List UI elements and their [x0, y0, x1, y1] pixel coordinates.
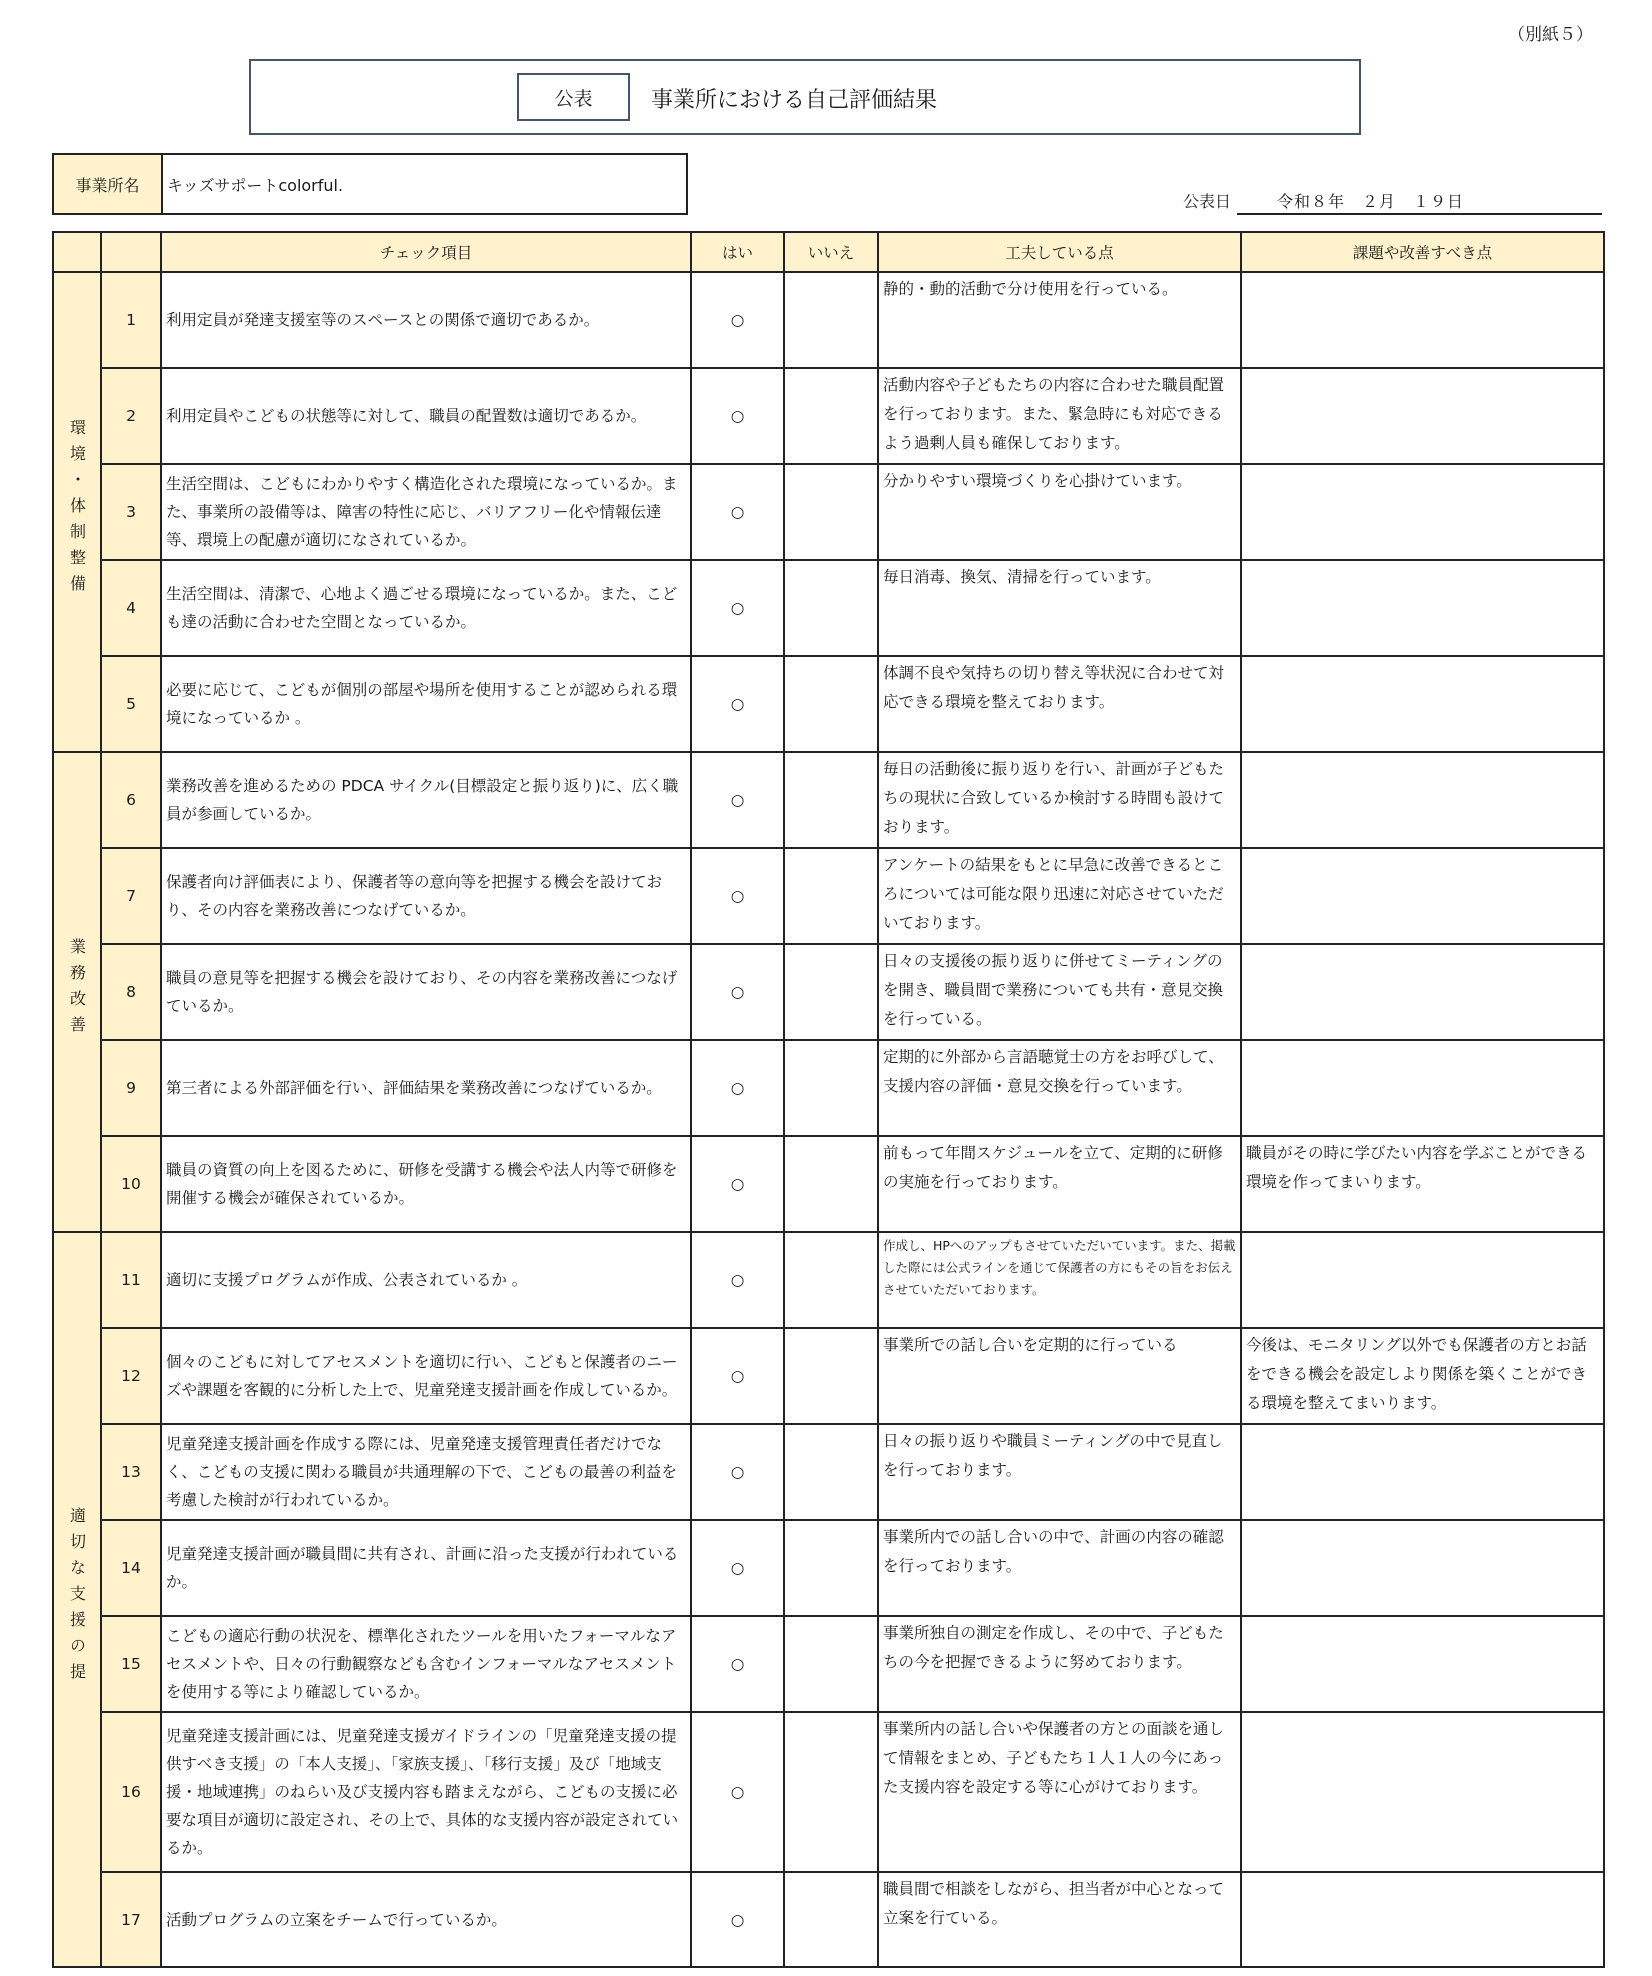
issues-text — [1241, 944, 1604, 1040]
issues-text — [1241, 464, 1604, 560]
yes-mark: ○ — [691, 1616, 784, 1712]
publish-badge: 公表 — [517, 73, 630, 121]
efforts-text: 日々の支援後の振り返りに併せてミーティングのを開き、職員間で業務についても共有・… — [878, 944, 1241, 1040]
efforts-text: 職員間で相談をしながら、担当者が中心となって立案を行ている。 — [878, 1872, 1241, 1967]
no-mark — [784, 1136, 878, 1232]
header-yes: はい — [691, 232, 784, 272]
efforts-text: アンケートの結果をもとに早急に改善できるところについては可能な限り迅速に対応させ… — [878, 848, 1241, 944]
check-item-text: 生活空間は、こどもにわかりやすく構造化された環境になっているか。また、事業所の設… — [161, 464, 691, 560]
row-number: 2 — [101, 368, 161, 464]
publish-date-value: 令和８年 ２月 １９日 — [1277, 189, 1464, 212]
issues-text — [1241, 1040, 1604, 1136]
no-mark — [784, 1424, 878, 1520]
table-row: 14児童発達支援計画が職員間に共有され、計画に沿った支援が行われているか。○事業… — [53, 1520, 1604, 1616]
efforts-text: 事業所内の話し合いや保護者の方との面談を通して情報をまとめ、子どもたち１人１人の… — [878, 1712, 1241, 1872]
efforts-text: 毎日消毒、換気、清掃を行っています。 — [878, 560, 1241, 656]
yes-mark: ○ — [691, 656, 784, 752]
table-row: 9第三者による外部評価を行い、評価結果を業務改善につなげているか。○定期的に外部… — [53, 1040, 1604, 1136]
row-number: 8 — [101, 944, 161, 1040]
issues-text — [1241, 1872, 1604, 1967]
no-mark — [784, 848, 878, 944]
check-item-text: 個々のこどもに対してアセスメントを適切に行い、こどもと保護者のニーズや課題を客観… — [161, 1328, 691, 1424]
check-item-text: 活動プログラムの立案をチームで行っているか。 — [161, 1872, 691, 1967]
table-row: 16児童発達支援計画には、児童発達支援ガイドラインの「児童発達支援の提供すべき支… — [53, 1712, 1604, 1872]
yes-mark: ○ — [691, 560, 784, 656]
issues-text — [1241, 1712, 1604, 1872]
row-number: 10 — [101, 1136, 161, 1232]
category-label: 環境・体制整備 — [66, 419, 89, 601]
no-mark — [784, 1232, 878, 1328]
no-mark — [784, 464, 878, 560]
efforts-text: 毎日の活動後に振り返りを行い、計画が子どもたちの現状に合致しているか検討する時間… — [878, 752, 1241, 848]
yes-mark: ○ — [691, 1136, 784, 1232]
no-mark — [784, 368, 878, 464]
issues-text: 今後は、モニタリング以外でも保護者の方とお話をできる機会を設定しより関係を築くこ… — [1241, 1328, 1604, 1424]
row-number: 3 — [101, 464, 161, 560]
category-cell: 適切な支援の提 — [53, 1232, 101, 1967]
check-item-text: 利用定員やこどもの状態等に対して、職員の配置数は適切であるか。 — [161, 368, 691, 464]
issues-text — [1241, 1616, 1604, 1712]
issues-text — [1241, 1520, 1604, 1616]
no-mark — [784, 656, 878, 752]
table-header-row: チェック項目 はい いいえ 工夫している点 課題や改善すべき点 — [53, 232, 1604, 272]
table-row: 2利用定員やこどもの状態等に対して、職員の配置数は適切であるか。○活動内容や子ど… — [53, 368, 1604, 464]
office-name-value: キッズサポートcolorful. — [163, 155, 343, 213]
row-number: 1 — [101, 272, 161, 368]
yes-mark: ○ — [691, 1712, 784, 1872]
check-item-text: 業務改善を進めるための PDCA サイクル(目標設定と振り返り)に、広く職員が参… — [161, 752, 691, 848]
table-row: 7保護者向け評価表により、保護者等の意向等を把握する機会を設けており、その内容を… — [53, 848, 1604, 944]
efforts-text: 定期的に外部から言語聴覚士の方をお呼びして、支援内容の評価・意見交換を行っていま… — [878, 1040, 1241, 1136]
header-efforts: 工夫している点 — [878, 232, 1241, 272]
header-check-item: チェック項目 — [161, 232, 691, 272]
check-item-text: 児童発達支援計画が職員間に共有され、計画に沿った支援が行われているか。 — [161, 1520, 691, 1616]
efforts-text: 前もって年間スケジュールを立て、定期的に研修の実施を行っております。 — [878, 1136, 1241, 1232]
publish-date-label: 公表日 — [1183, 189, 1231, 212]
table-row: 5必要に応じて、こどもが個別の部屋や場所を使用することが認められる環境になってい… — [53, 656, 1604, 752]
issues-text — [1241, 368, 1604, 464]
yes-mark: ○ — [691, 368, 784, 464]
yes-mark: ○ — [691, 1520, 784, 1616]
yes-mark: ○ — [691, 1872, 784, 1967]
yes-mark: ○ — [691, 944, 784, 1040]
page-title: 事業所における自己評価結果 — [651, 83, 937, 114]
issues-text — [1241, 560, 1604, 656]
row-number: 9 — [101, 1040, 161, 1136]
row-number: 6 — [101, 752, 161, 848]
evaluation-table: チェック項目 はい いいえ 工夫している点 課題や改善すべき点 環境・体制整備1… — [52, 231, 1605, 1968]
check-item-text: 職員の資質の向上を図るために、研修を受講する機会や法人内等で研修を開催する機会が… — [161, 1136, 691, 1232]
check-item-text: 児童発達支援計画には、児童発達支援ガイドラインの「児童発達支援の提供すべき支援」… — [161, 1712, 691, 1872]
issues-text: 職員がその時に学びたい内容を学ぶことができる環境を作ってまいります。 — [1241, 1136, 1604, 1232]
table-row: 4生活空間は、清潔で、心地よく過ごせる環境になっているか。また、こども達の活動に… — [53, 560, 1604, 656]
efforts-text: 事業所内での話し合いの中で、計画の内容の確認を行っております。 — [878, 1520, 1241, 1616]
efforts-text: 事業所独自の測定を作成し、その中で、子どもたちの今を把握できるように努めておりま… — [878, 1616, 1241, 1712]
table-row: 環境・体制整備1利用定員が発達支援室等のスペースとの関係で適切であるか。○静的・… — [53, 272, 1604, 368]
table-row: 業務改善6業務改善を進めるための PDCA サイクル(目標設定と振り返り)に、広… — [53, 752, 1604, 848]
check-item-text: 必要に応じて、こどもが個別の部屋や場所を使用することが認められる環境になっている… — [161, 656, 691, 752]
office-name-label: 事業所名 — [54, 155, 163, 213]
check-item-text: 保護者向け評価表により、保護者等の意向等を把握する機会を設けており、その内容を業… — [161, 848, 691, 944]
efforts-text: 体調不良や気持ちの切り替え等状況に合わせて対応できる環境を整えております。 — [878, 656, 1241, 752]
no-mark — [784, 1872, 878, 1967]
annex-label: （別紙５） — [1508, 20, 1593, 45]
no-mark — [784, 1616, 878, 1712]
no-mark — [784, 560, 878, 656]
row-number: 5 — [101, 656, 161, 752]
row-number: 16 — [101, 1712, 161, 1872]
check-item-text: こどもの適応行動の状況を、標準化されたツールを用いたフォーマルなアセスメントや、… — [161, 1616, 691, 1712]
row-number: 12 — [101, 1328, 161, 1424]
no-mark — [784, 752, 878, 848]
efforts-text: 作成し、HPへのアップもさせていただいています。また、掲載した際には公式ラインを… — [878, 1232, 1241, 1328]
no-mark — [784, 944, 878, 1040]
header-no: いいえ — [784, 232, 878, 272]
category-label: 適切な支援の提 — [66, 1507, 89, 1689]
table-row: 8職員の意見等を把握する機会を設けており、その内容を業務改善につなげているか。○… — [53, 944, 1604, 1040]
table-row: 適切な支援の提11適切に支援プログラムが作成、公表されているか 。○作成し、HP… — [53, 1232, 1604, 1328]
issues-text — [1241, 1424, 1604, 1520]
issues-text — [1241, 1232, 1604, 1328]
table-row: 12個々のこどもに対してアセスメントを適切に行い、こどもと保護者のニーズや課題を… — [53, 1328, 1604, 1424]
no-mark — [784, 1328, 878, 1424]
header-category — [53, 232, 101, 272]
yes-mark: ○ — [691, 464, 784, 560]
efforts-text: 日々の振り返りや職員ミーティングの中で見直しを行っております。 — [878, 1424, 1241, 1520]
check-item-text: 職員の意見等を把握する機会を設けており、その内容を業務改善につなげているか。 — [161, 944, 691, 1040]
check-item-text: 利用定員が発達支援室等のスペースとの関係で適切であるか。 — [161, 272, 691, 368]
yes-mark: ○ — [691, 752, 784, 848]
row-number: 11 — [101, 1232, 161, 1328]
check-item-text: 生活空間は、清潔で、心地よく過ごせる環境になっているか。また、こども達の活動に合… — [161, 560, 691, 656]
no-mark — [784, 1040, 878, 1136]
check-item-text: 第三者による外部評価を行い、評価結果を業務改善につなげているか。 — [161, 1040, 691, 1136]
issues-text — [1241, 272, 1604, 368]
office-name-box: 事業所名 キッズサポートcolorful. — [52, 153, 688, 215]
issues-text — [1241, 656, 1604, 752]
yes-mark: ○ — [691, 1424, 784, 1520]
issues-text — [1241, 752, 1604, 848]
check-item-text: 適切に支援プログラムが作成、公表されているか 。 — [161, 1232, 691, 1328]
issues-text — [1241, 848, 1604, 944]
table-row: 13児童発達支援計画を作成する際には、児童発達支援管理責任者だけでなく、こどもの… — [53, 1424, 1604, 1520]
no-mark — [784, 272, 878, 368]
yes-mark: ○ — [691, 272, 784, 368]
row-number: 15 — [101, 1616, 161, 1712]
efforts-text: 事業所での話し合いを定期的に行っている — [878, 1328, 1241, 1424]
table-row: 10職員の資質の向上を図るために、研修を受講する機会や法人内等で研修を開催する機… — [53, 1136, 1604, 1232]
publish-date-underline — [1237, 213, 1602, 215]
category-cell: 業務改善 — [53, 752, 101, 1232]
row-number: 17 — [101, 1872, 161, 1967]
row-number: 7 — [101, 848, 161, 944]
efforts-text: 活動内容や子どもたちの内容に合わせた職員配置を行っております。また、緊急時にも対… — [878, 368, 1241, 464]
no-mark — [784, 1712, 878, 1872]
check-item-text: 児童発達支援計画を作成する際には、児童発達支援管理責任者だけでなく、こどもの支援… — [161, 1424, 691, 1520]
yes-mark: ○ — [691, 1040, 784, 1136]
header-number — [101, 232, 161, 272]
category-label: 業務改善 — [66, 938, 89, 1042]
table-row: 17活動プログラムの立案をチームで行っているか。○職員間で相談をしながら、担当者… — [53, 1872, 1604, 1967]
efforts-text: 分かりやすい環境づくりを心掛けています。 — [878, 464, 1241, 560]
table-row: 15こどもの適応行動の状況を、標準化されたツールを用いたフォーマルなアセスメント… — [53, 1616, 1604, 1712]
efforts-text: 静的・動的活動で分け使用を行っている。 — [878, 272, 1241, 368]
category-cell: 環境・体制整備 — [53, 272, 101, 752]
row-number: 14 — [101, 1520, 161, 1616]
title-box: 公表 事業所における自己評価結果 — [249, 59, 1361, 135]
header-issues: 課題や改善すべき点 — [1241, 232, 1604, 272]
row-number: 4 — [101, 560, 161, 656]
yes-mark: ○ — [691, 848, 784, 944]
table-row: 3生活空間は、こどもにわかりやすく構造化された環境になっているか。また、事業所の… — [53, 464, 1604, 560]
row-number: 13 — [101, 1424, 161, 1520]
yes-mark: ○ — [691, 1232, 784, 1328]
no-mark — [784, 1520, 878, 1616]
yes-mark: ○ — [691, 1328, 784, 1424]
